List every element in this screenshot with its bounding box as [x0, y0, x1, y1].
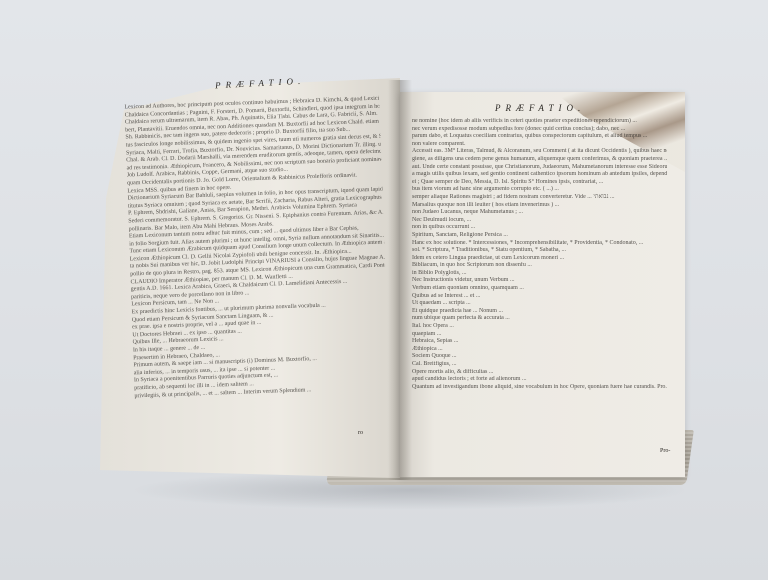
text-line: Et quidque praedicta hae ... Nonum ... — [412, 308, 667, 316]
text-line: ei ; Quae semper de Deo, Messia, D. Isl.… — [412, 179, 667, 187]
text-line: Opere mortis alio, & difficultas ... — [412, 369, 667, 377]
text-line: Quibus ad se Interest ... et ... — [412, 293, 667, 301]
text-line: non valere comparent. — [412, 141, 667, 149]
text-line: Quantum ad investigandum ibone aliquid, … — [412, 384, 667, 392]
text-line: parum dabo, et Loquatus coeciliam contra… — [412, 133, 667, 141]
text-line: Marsalius quoque non illi leuiter ( hos … — [412, 202, 667, 210]
right-page-text: ne nomine (hoc idem ab aliis verificis i… — [412, 118, 667, 428]
text-line: in Biblio Polyglotis, ... — [412, 270, 667, 278]
text-line: Sociem Quoque ... — [412, 353, 667, 361]
text-line: ne nomine (hoc idem ab aliis verificis i… — [412, 118, 667, 126]
text-line: Hanc ex hoc solutione. * Intercessiones,… — [412, 240, 667, 248]
text-line: aut. Unde certe constant posuisse, que C… — [412, 164, 667, 172]
text-line: Nec Instructionis videtur, unum Verbum .… — [412, 277, 667, 285]
text-line: Nec Deulmudi locum, ... — [412, 217, 667, 225]
right-catchword: Pro- — [660, 448, 670, 454]
text-line: apud candidus lectoris ; et forte ad ali… — [412, 376, 667, 384]
text-line: Ut quaedam ... scripta ... — [412, 300, 667, 308]
text-line: giene, as diligens una cedem pene genus … — [412, 156, 667, 164]
text-line: nec verum expedisosse modum subpedlus fo… — [412, 126, 667, 134]
text-line: Spiritum, Sanctam, Religione Persica ... — [412, 232, 667, 240]
text-line: Idem ex cetero Lingua praedictae, ut cum… — [412, 255, 667, 263]
left-catchword: ro — [358, 430, 363, 436]
text-line: non in quibus occurrunt ... — [412, 224, 667, 232]
left-page-text: Lexicon ad Authores, hoc principum post … — [124, 96, 390, 435]
text-line: a magis utilis quibus lexam, sed gentio … — [412, 171, 667, 179]
text-line: quaepiam ... — [412, 331, 667, 339]
text-line: Bibliacum, in quo hoc Scriptorum non dis… — [412, 262, 667, 270]
text-line: non Judaeo Lucanus, neque Mahumetanus ; … — [412, 209, 667, 217]
text-line: Ital. hoc Opera ... — [412, 323, 667, 331]
text-line: num ubique quam perfecta & accurata ... — [412, 315, 667, 323]
right-page-heading: PRÆFATIO. — [495, 103, 585, 113]
text-line: semper aliaque Rationes magistri ; ad fi… — [412, 194, 667, 202]
text-line: sol. * Scriptura, * Traditionibus, * Sta… — [412, 247, 667, 255]
book-gutter — [388, 80, 412, 480]
text-line: Accessit eas. 3M° Literas, Talmud, & Alc… — [412, 148, 667, 156]
text-line: Hebraica, Sepias ... — [412, 338, 667, 346]
text-line: Æthiopica ... — [412, 346, 667, 354]
text-line: Verbum etiam quoniam omnino, quamquam ..… — [412, 285, 667, 293]
text-line: Cal. Breitfigius, ... — [412, 361, 667, 369]
text-line: bus item viorum ad hanc sine argumento c… — [412, 186, 667, 194]
